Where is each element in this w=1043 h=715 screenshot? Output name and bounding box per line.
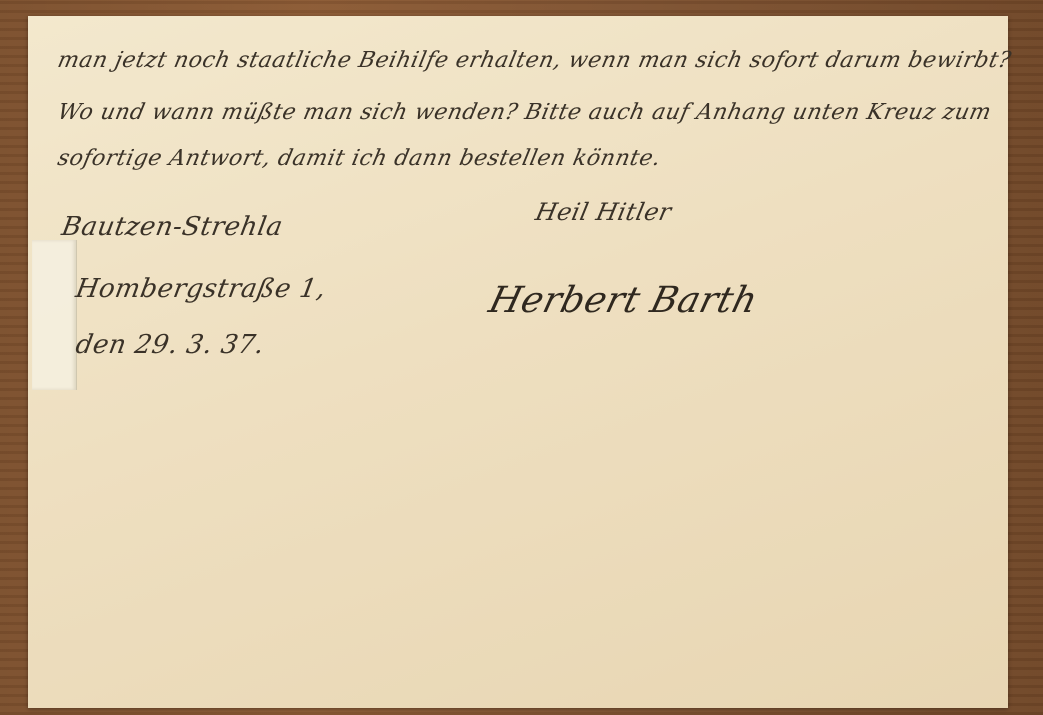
sender-street: Hombergstraße 1,	[73, 274, 328, 304]
sender-city: Bautzen-Strehla	[59, 212, 285, 242]
signature: Herbert Barth	[485, 280, 762, 321]
body-line-2: Wo und wann müßte man sich wenden? Bitte…	[55, 100, 993, 125]
letter-date: den 29. 3. 37.	[73, 330, 266, 360]
body-line-3: sofortige Antwort, damit ich dann bestel…	[55, 146, 663, 171]
body-line-1: man jetzt noch staatliche Beihilfe erhal…	[55, 48, 1013, 73]
tape-strip	[32, 240, 77, 390]
closing-greeting: Heil Hitler	[533, 198, 674, 226]
